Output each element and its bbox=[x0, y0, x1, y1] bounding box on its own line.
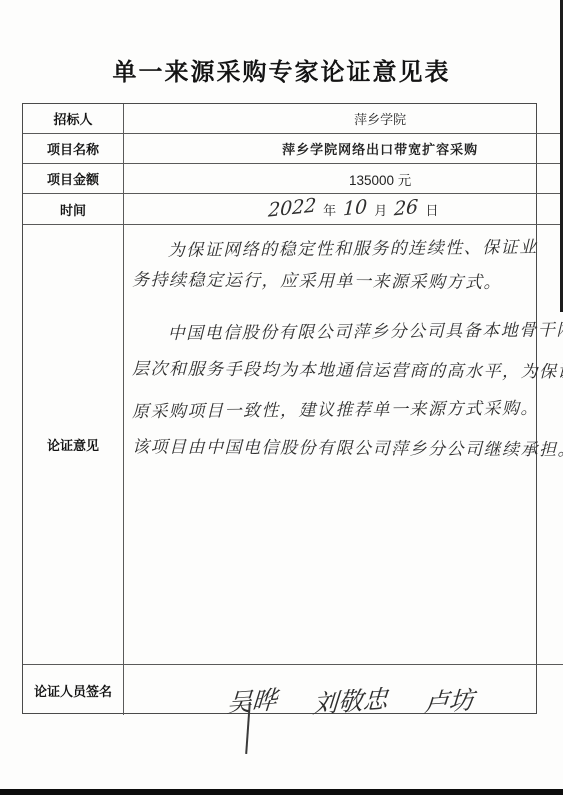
signatures-area: 吴晔刘敬忠卢坊 bbox=[123, 664, 563, 715]
scanned-document-page: 单一来源采购专家论证意见表 招标人 萍乡学院 项目名称 萍乡学院网络出口带宽扩容… bbox=[0, 0, 563, 795]
year-unit: 年 bbox=[323, 200, 336, 219]
opinion-line: 为保证网络的稳定性和服务的连续性、保证业 bbox=[132, 231, 563, 268]
date-value: 2022 年 10 月 26 日 bbox=[123, 193, 563, 224]
handwritten-year: 2022 bbox=[267, 194, 316, 221]
opinion-text: 为保证网络的稳定性和服务的连续性、保证业务持续稳定运行，应采用单一来源采购方式。… bbox=[132, 233, 563, 469]
opinion-line: 层次和服务手段均为本地通信运营商的高水平，为保证 bbox=[132, 350, 563, 392]
signature: 吴晔 bbox=[225, 680, 277, 720]
opinion-line: 务持续稳定运行，应采用单一来源采购方式。 bbox=[132, 264, 563, 300]
project-name-value: 萍乡学院网络出口带宽扩容采购 bbox=[123, 133, 563, 163]
opinion-form-table: 招标人 萍乡学院 项目名称 萍乡学院网络出口带宽扩容采购 项目金额 135000… bbox=[22, 103, 537, 714]
opinion-paragraph: 为保证网络的稳定性和服务的连续性、保证业务持续稳定运行，应采用单一来源采购方式。 bbox=[132, 233, 563, 299]
project-amount-label: 项目金额 bbox=[23, 163, 123, 193]
date-label: 时间 bbox=[23, 193, 123, 224]
project-name-label: 项目名称 bbox=[23, 133, 123, 163]
signers-label: 论证人员签名 bbox=[23, 664, 123, 715]
project-amount-value: 135000 元 bbox=[123, 163, 563, 193]
handwritten-day: 26 bbox=[394, 196, 419, 221]
handwritten-month: 10 bbox=[343, 196, 368, 221]
opinion-label: 论证意见 bbox=[23, 224, 123, 664]
signature: 刘敬忠 bbox=[311, 679, 388, 720]
opinion-value: 为保证网络的稳定性和服务的连续性、保证业务持续稳定运行，应采用单一来源采购方式。… bbox=[123, 224, 563, 664]
day-unit: 日 bbox=[425, 200, 438, 219]
tenderer-value: 萍乡学院 bbox=[123, 104, 563, 133]
opinion-paragraph: 中国电信股份有限公司萍乡分公司具备本地骨干网、技术层次和服务手段均为本地通信运营… bbox=[132, 313, 563, 469]
month-unit: 月 bbox=[374, 200, 387, 219]
scan-edge-bottom bbox=[0, 789, 563, 795]
opinion-line: 中国电信股份有限公司萍乡分公司具备本地骨干网、技术 bbox=[132, 311, 563, 354]
opinion-line: 原采购项目一致性，建议推荐单一来源方式采购。 bbox=[132, 389, 563, 432]
opinion-line: 该项目由中国电信股份有限公司萍乡分公司继续承担。 bbox=[132, 428, 563, 470]
document-title: 单一来源采购专家论证意见表 bbox=[0, 52, 563, 87]
signature: 卢坊 bbox=[422, 680, 474, 720]
tenderer-label: 招标人 bbox=[23, 104, 123, 133]
